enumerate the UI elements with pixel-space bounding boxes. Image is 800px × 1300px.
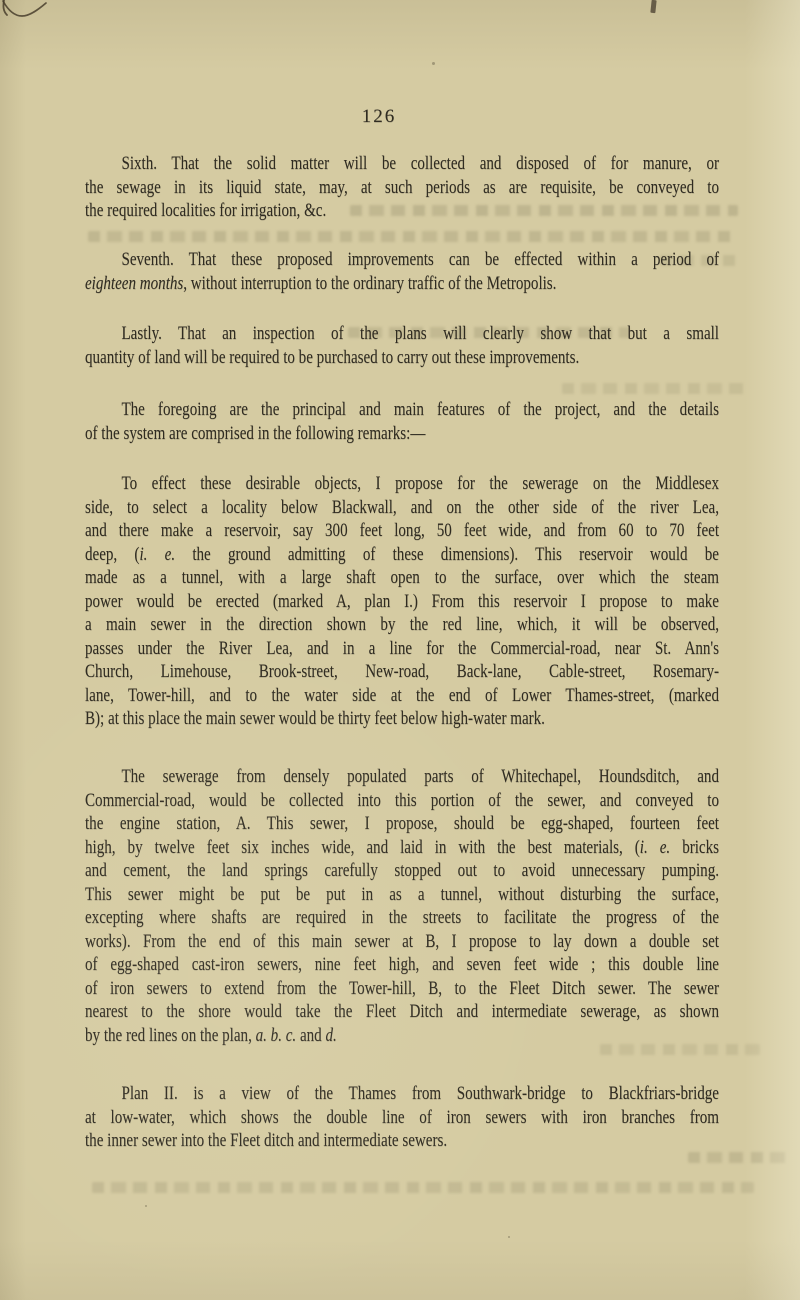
text-line: Sixth. That the solid matter will be col… <box>85 152 719 176</box>
paragraph-seventh: Seventh. That these proposed improvement… <box>85 248 719 295</box>
text-line: B); at this place the main sewer would b… <box>85 707 719 731</box>
text-line: passes under the River Lea, and in a lin… <box>85 637 719 661</box>
text-line: and there make a reservoir, say 300 feet… <box>85 519 719 543</box>
paper-speck <box>432 62 435 65</box>
text-line: and cement, the land springs carefully s… <box>85 859 719 883</box>
text-line: the engine station, A. This sewer, I pro… <box>85 812 719 836</box>
text-line: Church, Limehouse, Brook-street, New-roa… <box>85 660 719 684</box>
text-line: excepting where shafts are required in t… <box>85 906 719 930</box>
text-line: a main sewer in the direction shown by t… <box>85 613 719 637</box>
paper-speck <box>145 1205 147 1207</box>
text-line: deep, (i. e. the ground admitting of the… <box>85 543 719 567</box>
text-line: This sewer might be put be put in as a t… <box>85 883 719 907</box>
paragraph-to-effect: To effect these desirable objects, I pro… <box>85 472 719 731</box>
text-line: the required localities for irrigation, … <box>85 199 719 223</box>
text-line: of egg-shaped cast-iron sewers, nine fee… <box>85 953 719 977</box>
text-line: Seventh. That these proposed improvement… <box>85 248 719 272</box>
text-line: made as a tunnel, with a large shaft ope… <box>85 566 719 590</box>
text-line: The sewerage from densely populated part… <box>85 765 719 789</box>
text-line: of iron sewers to extend from the Tower-… <box>85 977 719 1001</box>
text-line: at low-water, which shows the double lin… <box>85 1106 719 1130</box>
paragraph-foregoing: The foregoing are the principal and main… <box>85 398 719 445</box>
text-line: by the red lines on the plan, a. b. c. a… <box>85 1024 719 1048</box>
text-line: side, to select a locality below Blackwa… <box>85 496 719 520</box>
handwritten-ink-mark <box>0 0 50 22</box>
text-line: power would be erected (marked A, plan I… <box>85 590 719 614</box>
scanned-page: 126 Sixth. That the solid matter will be… <box>0 0 800 1300</box>
text-line: high, by twelve feet six inches wide, an… <box>85 836 719 860</box>
text-line: nearest to the shore would take the Flee… <box>85 1000 719 1024</box>
text-line: Lastly. That an inspection of the plans … <box>85 322 719 346</box>
paragraph-lastly: Lastly. That an inspection of the plans … <box>85 322 719 369</box>
pen-stroke <box>3 1 46 16</box>
paper-speck <box>508 1236 510 1238</box>
paragraph-plan-ii: Plan II. is a view of the Thames from So… <box>85 1082 719 1153</box>
paragraph-sixth: Sixth. That the solid matter will be col… <box>85 152 719 223</box>
text-line: of the system are comprised in the follo… <box>85 422 719 446</box>
text-line: quantity of land will be required to be … <box>85 346 719 370</box>
text-line: The foregoing are the principal and main… <box>85 398 719 422</box>
text-line: Plan II. is a view of the Thames from So… <box>85 1082 719 1106</box>
text-line: works). From the end of this main sewer … <box>85 930 719 954</box>
text-line: the sewage in its liquid state, may, at … <box>85 176 719 200</box>
text-line: the inner sewer into the Fleet ditch and… <box>85 1129 719 1153</box>
paper-speck <box>236 430 238 432</box>
paragraph-sewerage-whitechapel: The sewerage from densely populated part… <box>85 765 719 1047</box>
text-line: eighteen months, without interruption to… <box>85 272 719 296</box>
text-column: Sixth. That the solid matter will be col… <box>85 0 719 1300</box>
text-line: To effect these desirable objects, I pro… <box>85 472 719 496</box>
text-line: Commercial-road, would be collected into… <box>85 789 719 813</box>
text-line: lane, Tower-hill, and to the water side … <box>85 684 719 708</box>
